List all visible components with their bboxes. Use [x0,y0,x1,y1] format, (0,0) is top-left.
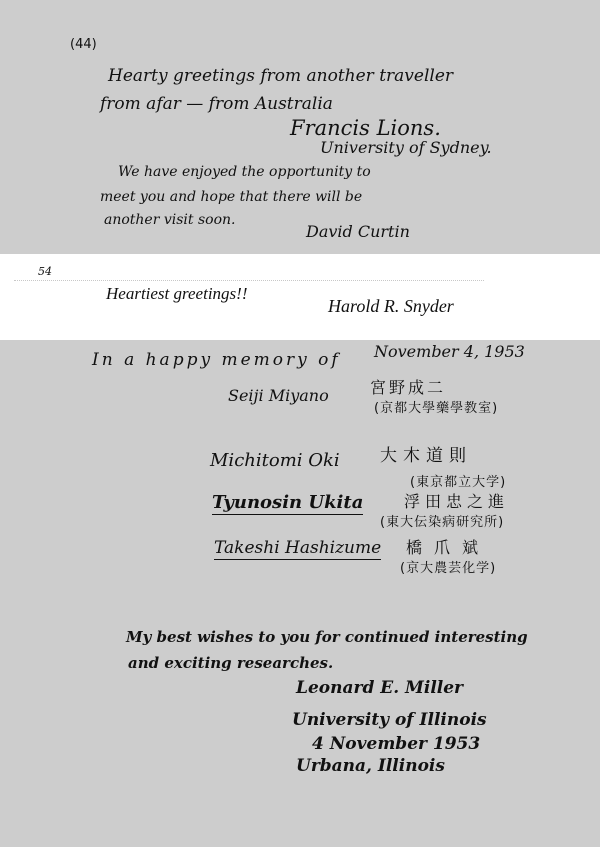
entry-44-note-line-1: We have enjoyed the opportunity to [118,165,371,179]
signer-romaji: Takeshi Hashizume [214,540,381,557]
entry-miller-message-line-2: and exciting researches. [128,656,333,671]
signer-romaji-text: Tyunosin Ukita [212,492,363,515]
entry-miller-affiliation: University of Illinois [292,712,487,729]
entry-44-note-line-2: meet you and hope that there will be [100,190,362,204]
entry-japan-header: In a happy memory of [92,352,341,369]
entry-miller-location: Urbana, Illinois [296,758,445,775]
entry-44-message-line-1: Hearty greetings from another traveller [108,68,453,85]
entry-44-note-signature: David Curtin [306,224,410,240]
signer-affiliation: (京都大學藥學教室) [374,402,498,415]
signer-romaji: Tyunosin Ukita [212,494,363,512]
entry-japan-date: November 4, 1953 [374,344,525,360]
dotted-rule [14,280,484,281]
entry-miller-message-line-1: My best wishes to you for continued inte… [126,630,528,645]
signer-affiliation: (東大伝染病研究所) [380,516,504,529]
entry-44-signature: Francis Lions. [290,118,441,139]
entry-44-affiliation: University of Sydney. [320,140,492,156]
guestbook-page: (44) Hearty greetings from another trave… [0,0,600,847]
signer-kanji: 大木道則 [380,448,472,465]
entry-miller-date: 4 November 1953 [312,736,480,753]
page-number-44: (44) [70,38,97,51]
signer-kanji: 宮野成二 [370,380,446,396]
entry-54-signature: Harold R. Snyder [328,297,454,315]
entry-54-band [0,254,600,340]
signer-kanji: 浮田忠之進 [404,494,509,510]
signer-romaji: Michitomi Oki [210,452,340,470]
signer-romaji: Seiji Miyano [228,388,329,404]
signer-affiliation: (東京都立大学) [410,476,506,489]
page-number-54: 54 [38,266,52,277]
signer-romaji-text: Takeshi Hashizume [214,538,381,560]
entry-54-message: Heartiest greetings!! [106,285,247,302]
signer-kanji: 橋爪斌 [406,540,490,556]
signer-affiliation: (京大農芸化学) [400,562,496,575]
entry-44-message-line-2: from afar — from Australia [100,96,333,113]
entry-44-note-line-3: another visit soon. [104,213,236,227]
entry-miller-signature: Leonard E. Miller [296,680,463,697]
